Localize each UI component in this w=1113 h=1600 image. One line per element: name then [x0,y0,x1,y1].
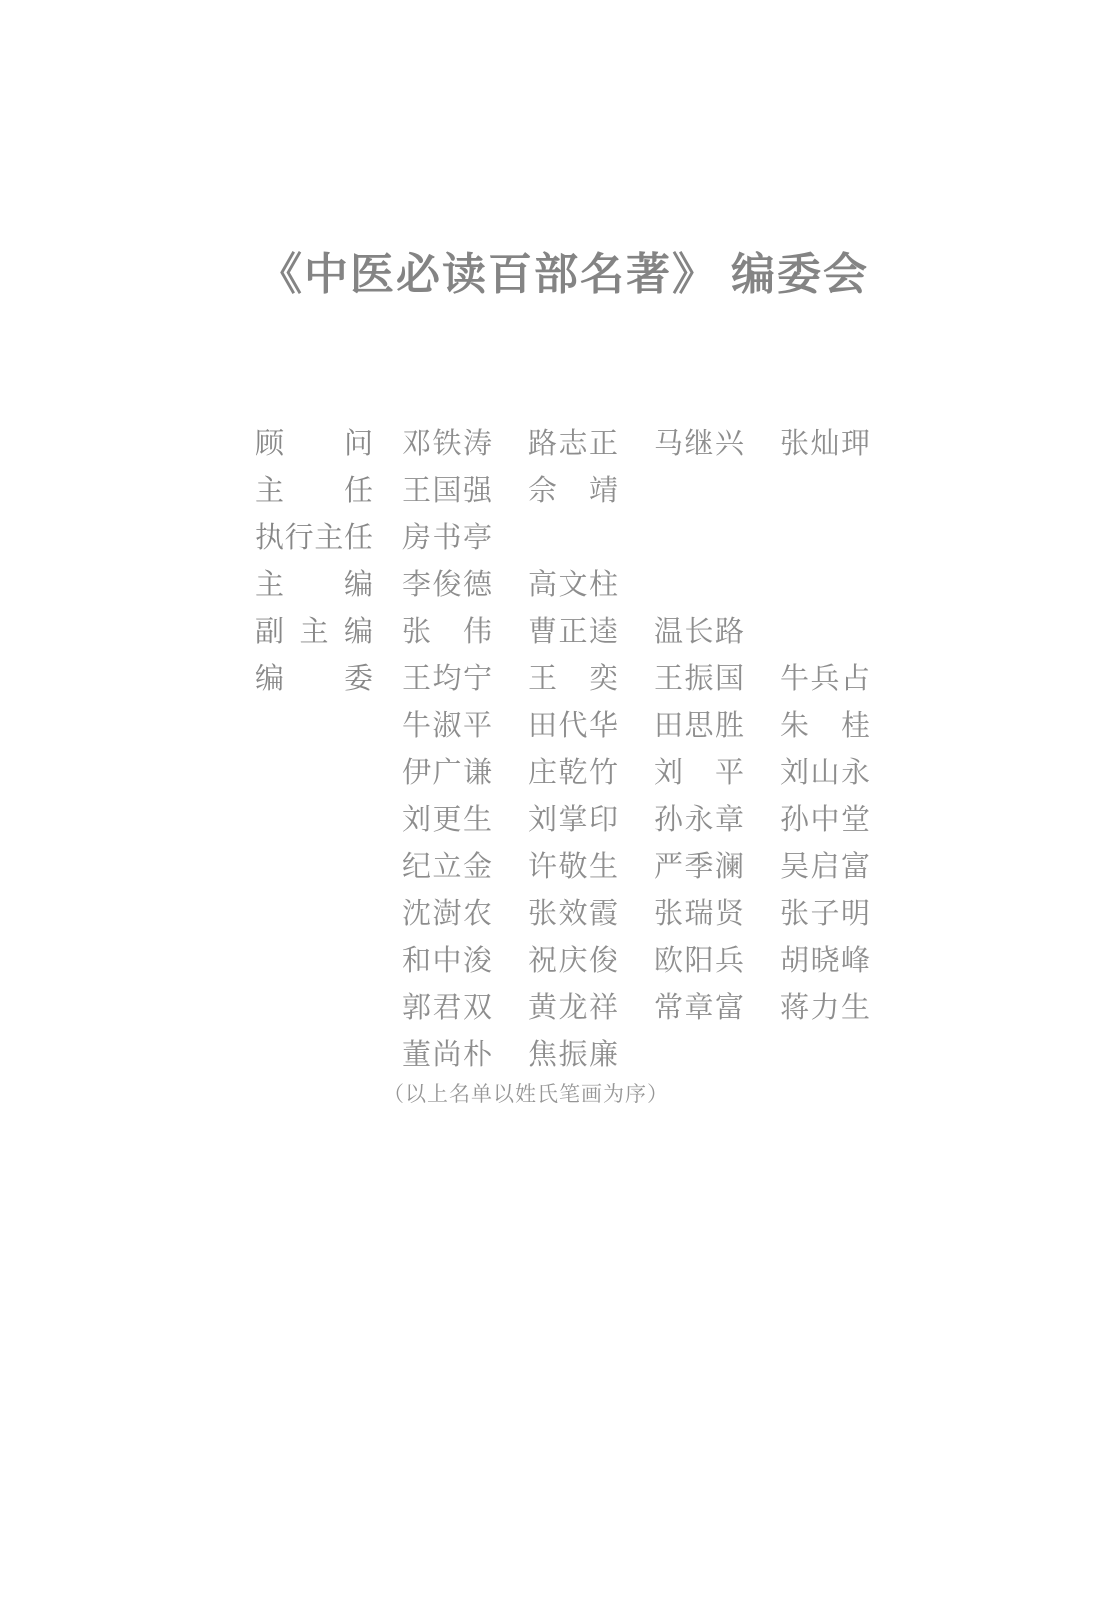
committee-row: 沈澍农张效霞张瑞贤张子明 [255,888,906,935]
member-name: 温长路 [654,609,744,650]
member-name: 张伟 [402,609,492,650]
member-name: 佘靖 [528,468,618,509]
footnote: （以上名单以姓氏笔画为序） [383,1078,669,1108]
member-name: 刘平 [654,750,744,791]
committee-row: 董尚朴焦振廉 [255,1029,906,1076]
member-name: 焦振廉 [528,1032,618,1073]
member-name: 纪立金 [402,844,492,885]
member-name: 郭君双 [402,985,492,1026]
page-title: 《中医必读百部名著》 编委会 [0,238,1113,302]
member-name: 刘更生 [402,797,492,838]
member-name: 常章富 [654,985,744,1026]
book-page: 《中医必读百部名著》 编委会 顾问邓铁涛路志正马继兴张灿玾主任王国强佘靖执行主任… [0,0,1113,1600]
member-name: 孙中堂 [780,797,870,838]
committee-row: 顾问邓铁涛路志正马继兴张灿玾 [255,418,906,465]
member-name: 田代华 [528,703,618,744]
member-name: 田思胜 [654,703,744,744]
committee-row: 纪立金许敬生严季澜吴启富 [255,841,906,888]
committee-row: 郭君双黄龙祥常章富蒋力生 [255,982,906,1029]
committee-row: 副主编张伟曹正逵温长路 [255,606,906,653]
member-name: 李俊德 [402,562,492,603]
committee-row: 编委王均宁王奕王振国牛兵占 [255,653,906,700]
member-name: 和中浚 [402,938,492,979]
member-name: 朱桂 [780,703,870,744]
member-name: 董尚朴 [402,1032,492,1073]
member-name: 伊广谦 [402,750,492,791]
member-name: 路志正 [528,421,618,462]
committee-row: 伊广谦庄乾竹刘平刘山永 [255,747,906,794]
member-name: 庄乾竹 [528,750,618,791]
member-name: 祝庆俊 [528,938,618,979]
committee-row: 执行主任房书亭 [255,512,906,559]
member-name: 胡晓峰 [780,938,870,979]
member-name: 欧阳兵 [654,938,744,979]
member-name: 房书亭 [402,515,492,556]
role-label: 编委 [255,656,373,697]
committee-row: 牛淑平田代华田思胜朱桂 [255,700,906,747]
role-label: 副主编 [255,609,373,650]
member-name: 刘山永 [780,750,870,791]
member-name: 邓铁涛 [402,421,492,462]
member-name: 牛兵占 [780,656,870,697]
member-name: 王奕 [528,656,618,697]
member-name: 王振国 [654,656,744,697]
member-name: 高文柱 [528,562,618,603]
member-name: 马继兴 [654,421,744,462]
member-name: 黄龙祥 [528,985,618,1026]
role-label: 执行主任 [255,515,373,556]
member-name: 王国强 [402,468,492,509]
member-name: 严季澜 [654,844,744,885]
role-label: 主任 [255,468,373,509]
member-name: 张灿玾 [780,421,870,462]
member-name: 王均宁 [402,656,492,697]
member-name: 蒋力生 [780,985,870,1026]
member-name: 张子明 [780,891,870,932]
role-label: 顾问 [255,421,373,462]
member-name: 张效霞 [528,891,618,932]
member-name: 吴启富 [780,844,870,885]
committee-row: 刘更生刘掌印孙永章孙中堂 [255,794,906,841]
committee-row: 主编李俊德高文柱 [255,559,906,606]
committee-row: 和中浚祝庆俊欧阳兵胡晓峰 [255,935,906,982]
member-name: 刘掌印 [528,797,618,838]
member-name: 许敬生 [528,844,618,885]
member-name: 沈澍农 [402,891,492,932]
member-name: 孙永章 [654,797,744,838]
role-label: 主编 [255,562,373,603]
committee-list: 顾问邓铁涛路志正马继兴张灿玾主任王国强佘靖执行主任房书亭主编李俊德高文柱副主编张… [255,418,906,1076]
member-name: 张瑞贤 [654,891,744,932]
member-name: 牛淑平 [402,703,492,744]
committee-row: 主任王国强佘靖 [255,465,906,512]
member-name: 曹正逵 [528,609,618,650]
